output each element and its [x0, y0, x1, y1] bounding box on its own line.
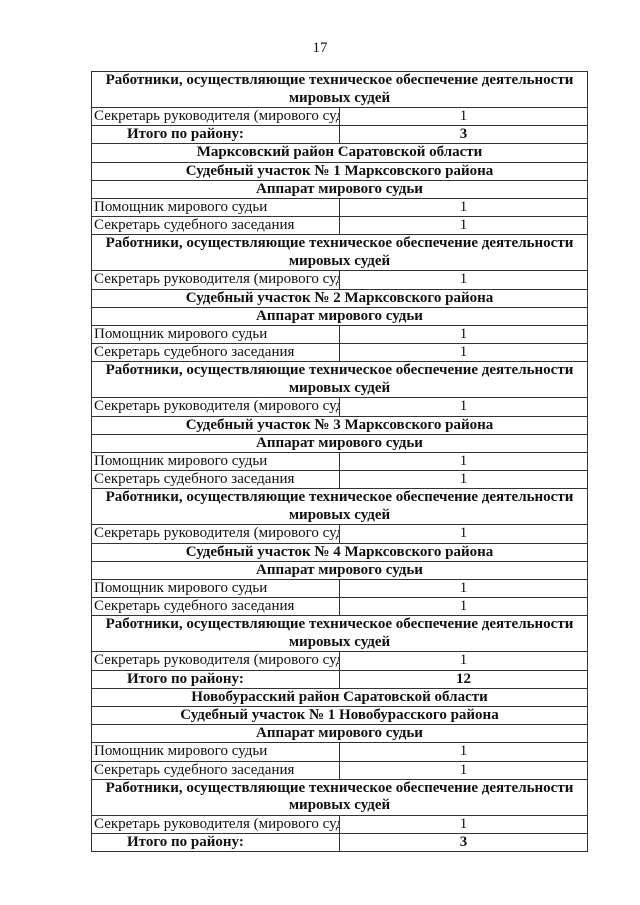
table-row: Секретарь руководителя (мирового судьи)1 [92, 108, 588, 126]
position-count: 1 [340, 271, 588, 289]
table-row: Секретарь судебного заседания1 [92, 598, 588, 616]
position-count: 1 [340, 326, 588, 344]
table-row: Помощник мирового судьи1 [92, 580, 588, 598]
group-header-row: Работники, осуществляющие техническое об… [92, 489, 588, 525]
position-name: Помощник мирового судьи [92, 580, 340, 598]
subsection-header-row: Аппарат мирового судьи [92, 307, 588, 325]
position-count: 1 [340, 525, 588, 543]
group-header: Работники, осуществляющие техническое об… [92, 362, 588, 398]
position-count: 1 [340, 453, 588, 471]
table-row: Секретарь судебного заседания1 [92, 217, 588, 235]
subsection-header-row: Аппарат мирового судьи [92, 561, 588, 579]
subsection-header: Аппарат мирового судьи [92, 561, 588, 579]
group-header-row: Работники, осуществляющие техническое об… [92, 779, 588, 815]
position-name: Секретарь руководителя (мирового судьи) [92, 652, 340, 670]
position-count: 1 [340, 652, 588, 670]
position-name: Секретарь судебного заседания [92, 344, 340, 362]
position-name: Секретарь судебного заседания [92, 471, 340, 489]
subsection-header-row: Судебный участок № 1 Новобурасского райо… [92, 707, 588, 725]
total-value: 3 [340, 126, 588, 144]
table-row: Помощник мирового судьи1 [92, 743, 588, 761]
total-label: Итого по району: [92, 670, 340, 688]
group-header: Работники, осуществляющие техническое об… [92, 489, 588, 525]
position-name: Секретарь судебного заседания [92, 217, 340, 235]
subsection-header-row: Судебный участок № 1 Марксовского района [92, 162, 588, 180]
table-row: Секретарь судебного заседания1 [92, 761, 588, 779]
position-count: 1 [340, 199, 588, 217]
position-count: 1 [340, 580, 588, 598]
position-count: 1 [340, 398, 588, 416]
position-name: Секретарь руководителя (мирового судьи) [92, 815, 340, 833]
page-number: 17 [0, 40, 640, 57]
position-count: 1 [340, 108, 588, 126]
group-header: Работники, осуществляющие техническое об… [92, 72, 588, 108]
table-row: Секретарь руководителя (мирового судьи)1 [92, 398, 588, 416]
total-label: Итого по району: [92, 834, 340, 852]
position-name: Секретарь руководителя (мирового судьи) [92, 271, 340, 289]
district-header: Новобурасский район Саратовской области [92, 688, 588, 706]
subsection-header: Судебный участок № 2 Марксовского района [92, 289, 588, 307]
position-name: Секретарь руководителя (мирового судьи) [92, 108, 340, 126]
subsection-header-row: Судебный участок № 2 Марксовского района [92, 289, 588, 307]
group-header-row: Работники, осуществляющие техническое об… [92, 616, 588, 652]
table-row: Секретарь руководителя (мирового судьи)1 [92, 271, 588, 289]
district-header-row: Новобурасский район Саратовской области [92, 688, 588, 706]
position-name: Секретарь судебного заседания [92, 761, 340, 779]
subsection-header-row: Аппарат мирового судьи [92, 725, 588, 743]
subsection-header: Судебный участок № 4 Марксовского района [92, 543, 588, 561]
subsection-header: Аппарат мирового судьи [92, 307, 588, 325]
position-name: Помощник мирового судьи [92, 743, 340, 761]
subsection-header: Аппарат мирового судьи [92, 180, 588, 198]
total-row: Итого по району:12 [92, 670, 588, 688]
staffing-table: Работники, осуществляющие техническое об… [91, 71, 588, 852]
position-count: 1 [340, 344, 588, 362]
subsection-header-row: Аппарат мирового судьи [92, 434, 588, 452]
position-name: Секретарь руководителя (мирового судьи) [92, 525, 340, 543]
total-row: Итого по району:3 [92, 834, 588, 852]
staffing-table-body: Работники, осуществляющие техническое об… [92, 72, 588, 852]
district-header: Марксовский район Саратовской области [92, 144, 588, 162]
table-row: Секретарь судебного заседания1 [92, 471, 588, 489]
table-row: Помощник мирового судьи1 [92, 326, 588, 344]
total-row: Итого по району:3 [92, 126, 588, 144]
table-row: Секретарь руководителя (мирового судьи)1 [92, 652, 588, 670]
position-count: 1 [340, 471, 588, 489]
position-count: 1 [340, 598, 588, 616]
total-value: 3 [340, 834, 588, 852]
total-label: Итого по району: [92, 126, 340, 144]
table-row: Секретарь руководителя (мирового судьи)1 [92, 525, 588, 543]
position-name: Помощник мирового судьи [92, 326, 340, 344]
subsection-header-row: Судебный участок № 3 Марксовского района [92, 416, 588, 434]
group-header: Работники, осуществляющие техническое об… [92, 235, 588, 271]
table-row: Секретарь руководителя (мирового судьи)1 [92, 815, 588, 833]
subsection-header-row: Судебный участок № 4 Марксовского района [92, 543, 588, 561]
position-name: Помощник мирового судьи [92, 199, 340, 217]
subsection-header: Аппарат мирового судьи [92, 725, 588, 743]
group-header-row: Работники, осуществляющие техническое об… [92, 235, 588, 271]
district-header-row: Марксовский район Саратовской области [92, 144, 588, 162]
position-count: 1 [340, 217, 588, 235]
table-row: Секретарь судебного заседания1 [92, 344, 588, 362]
position-count: 1 [340, 815, 588, 833]
subsection-header: Судебный участок № 1 Марксовского района [92, 162, 588, 180]
position-name: Помощник мирового судьи [92, 453, 340, 471]
total-value: 12 [340, 670, 588, 688]
position-name: Секретарь судебного заседания [92, 598, 340, 616]
group-header-row: Работники, осуществляющие техническое об… [92, 362, 588, 398]
table-row: Помощник мирового судьи1 [92, 453, 588, 471]
subsection-header-row: Аппарат мирового судьи [92, 180, 588, 198]
group-header-row: Работники, осуществляющие техническое об… [92, 72, 588, 108]
position-name: Секретарь руководителя (мирового судьи) [92, 398, 340, 416]
group-header: Работники, осуществляющие техническое об… [92, 779, 588, 815]
subsection-header: Судебный участок № 1 Новобурасского райо… [92, 707, 588, 725]
position-count: 1 [340, 761, 588, 779]
table-row: Помощник мирового судьи1 [92, 199, 588, 217]
group-header: Работники, осуществляющие техническое об… [92, 616, 588, 652]
position-count: 1 [340, 743, 588, 761]
subsection-header: Аппарат мирового судьи [92, 434, 588, 452]
subsection-header: Судебный участок № 3 Марксовского района [92, 416, 588, 434]
